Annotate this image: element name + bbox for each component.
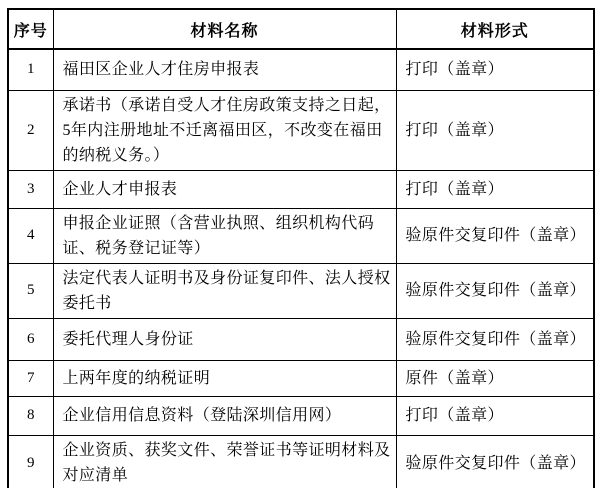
material-form: 打印（盖章） (396, 49, 594, 90)
material-form: 打印（盖章） (396, 90, 594, 170)
material-name: 法定代表人证明书及身份证复印件、法人授权委托书 (53, 263, 396, 318)
material-form: 验原件交复印件（盖章） (396, 208, 594, 263)
row-number: 1 (8, 49, 53, 90)
column-header-material-form: 材料形式 (396, 9, 594, 49)
material-name: 企业信用信息资料（登陆深圳信用网） (53, 396, 396, 435)
material-form: 打印（盖章） (396, 170, 594, 208)
table-row: 6 委托代理人身份证 验原件交复印件（盖章） (8, 318, 594, 360)
material-name: 福田区企业人才住房申报表 (53, 49, 396, 90)
column-header-serial: 序号 (8, 9, 53, 49)
row-number: 2 (8, 90, 53, 170)
material-name: 申报企业证照（含营业执照、组织机构代码证、税务登记证等） (53, 208, 396, 263)
material-form: 验原件交复印件（盖章） (396, 263, 594, 318)
table-row: 9 企业资质、获奖文件、荣誉证书等证明材料及对应清单 验原件交复印件（盖章） (8, 435, 594, 488)
row-number: 9 (8, 435, 53, 488)
table-row: 7 上两年度的纳税证明 原件（盖章） (8, 360, 594, 396)
material-name: 委托代理人身份证 (53, 318, 396, 360)
material-name: 企业人才申报表 (53, 170, 396, 208)
document-page: 序号 材料名称 材料形式 1 福田区企业人才住房申报表 打印（盖章） 2 承诺书… (0, 0, 600, 488)
row-number: 3 (8, 170, 53, 208)
row-number: 7 (8, 360, 53, 396)
material-form: 验原件交复印件（盖章） (396, 435, 594, 488)
table-row: 5 法定代表人证明书及身份证复印件、法人授权委托书 验原件交复印件（盖章） (8, 263, 594, 318)
row-number: 5 (8, 263, 53, 318)
table-row: 8 企业信用信息资料（登陆深圳信用网） 打印（盖章） (8, 396, 594, 435)
material-form: 原件（盖章） (396, 360, 594, 396)
materials-table: 序号 材料名称 材料形式 1 福田区企业人才住房申报表 打印（盖章） 2 承诺书… (7, 8, 595, 488)
row-number: 6 (8, 318, 53, 360)
material-name: 企业资质、获奖文件、荣誉证书等证明材料及对应清单 (53, 435, 396, 488)
material-name: 承诺书（承诺自受人才住房政策支持之日起，5年内注册地址不迁离福田区，不改变在福田… (53, 90, 396, 170)
material-form: 验原件交复印件（盖章） (396, 318, 594, 360)
row-number: 4 (8, 208, 53, 263)
material-name: 上两年度的纳税证明 (53, 360, 396, 396)
table-row: 2 承诺书（承诺自受人才住房政策支持之日起，5年内注册地址不迁离福田区，不改变在… (8, 90, 594, 170)
material-form: 打印（盖章） (396, 396, 594, 435)
table-row: 3 企业人才申报表 打印（盖章） (8, 170, 594, 208)
row-number: 8 (8, 396, 53, 435)
table-row: 4 申报企业证照（含营业执照、组织机构代码证、税务登记证等） 验原件交复印件（盖… (8, 208, 594, 263)
table-body: 1 福田区企业人才住房申报表 打印（盖章） 2 承诺书（承诺自受人才住房政策支持… (8, 49, 594, 488)
table-header: 序号 材料名称 材料形式 (8, 9, 594, 49)
column-header-material-name: 材料名称 (53, 9, 396, 49)
table-row: 1 福田区企业人才住房申报表 打印（盖章） (8, 49, 594, 90)
header-row: 序号 材料名称 材料形式 (8, 9, 594, 49)
